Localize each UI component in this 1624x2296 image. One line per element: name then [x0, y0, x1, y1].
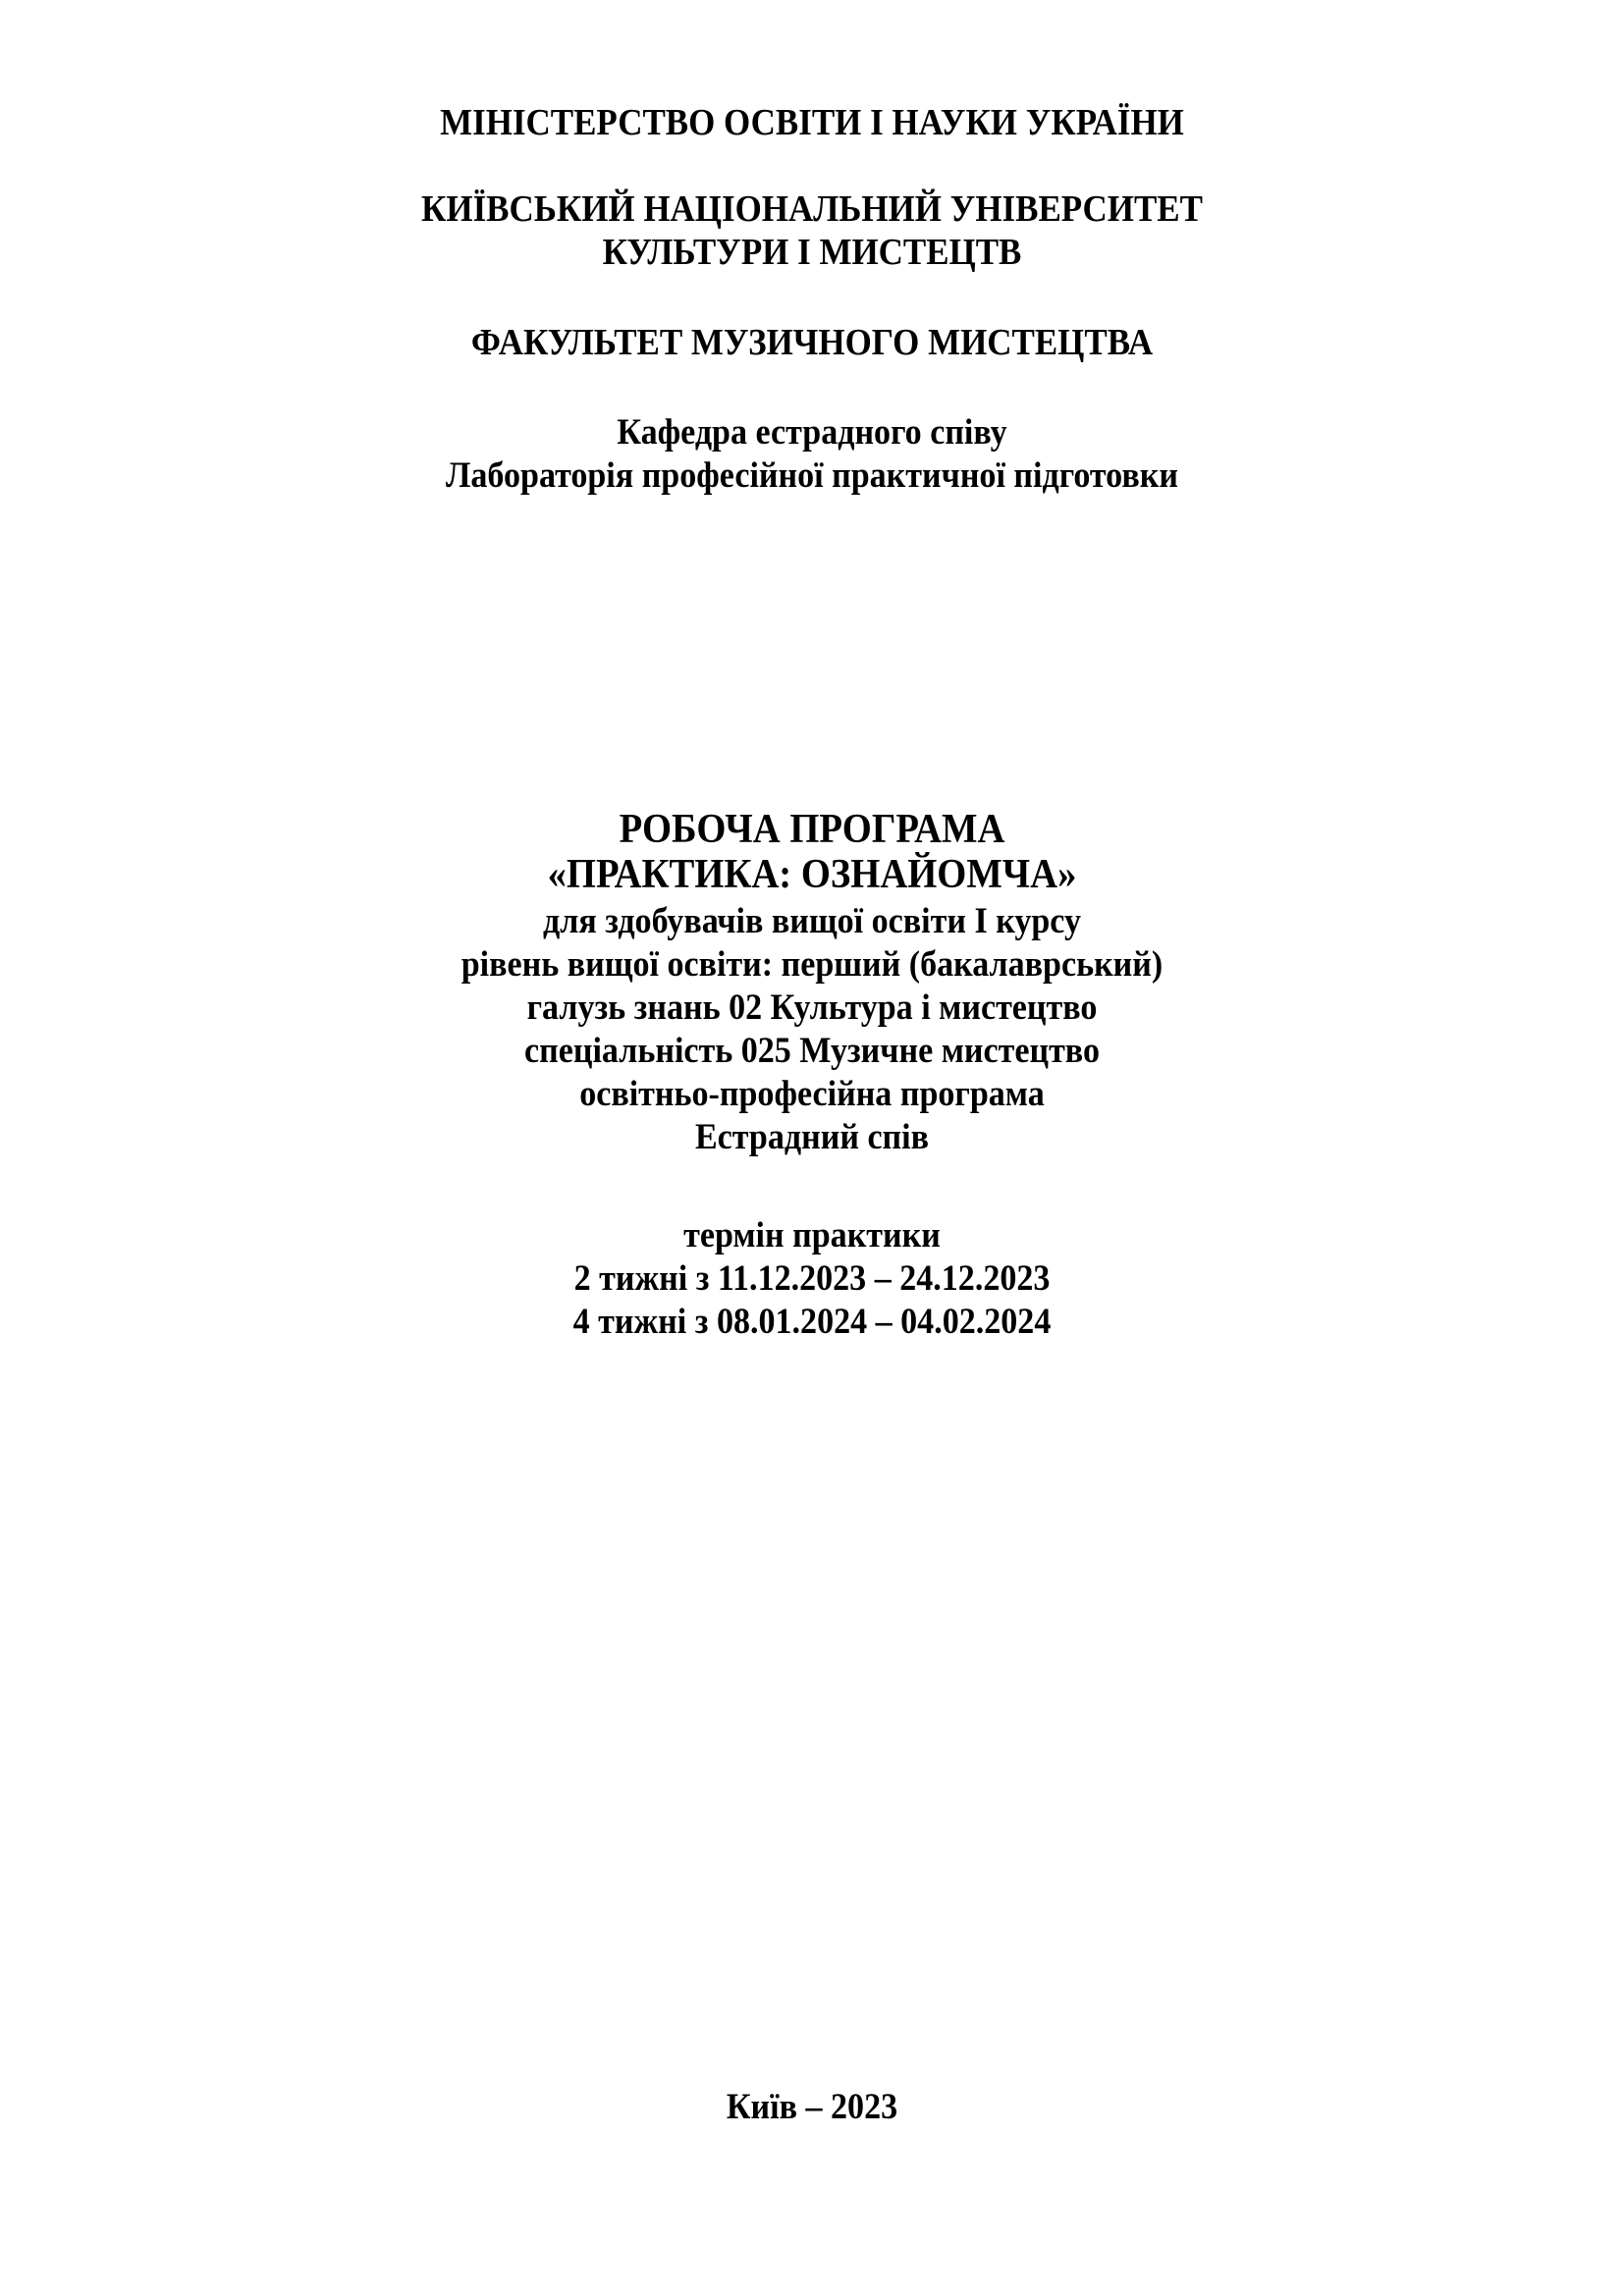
- department-name: Кафедра естрадного співу: [65, 414, 1559, 451]
- university-name-line-1: КИЇВСЬКИЙ НАЦІОНАЛЬНИЙ УНІВЕРСИТЕТ: [65, 190, 1559, 228]
- laboratory-name: Лабораторія професійної практичної підго…: [65, 457, 1559, 494]
- place-and-year: Київ – 2023: [65, 2089, 1559, 2125]
- faculty-name: ФАКУЛЬТЕТ МУЗИЧНОГО МИСТЕЦТВА: [65, 324, 1559, 361]
- university-name-line-2: КУЛЬТУРИ І МИСТЕЦТВ: [65, 234, 1559, 271]
- education-level-line: рівень вищої освіти: перший (бакалаврськ…: [65, 946, 1559, 983]
- term-period-2: 4 тижні з 08.01.2024 – 04.02.2024: [65, 1304, 1559, 1340]
- program-name-line: Естрадний спів: [65, 1119, 1559, 1155]
- field-of-knowledge-line: галузь знань 02 Культура і мистецтво: [65, 989, 1559, 1026]
- program-type-line: освітньо-професійна програма: [65, 1076, 1559, 1112]
- term-label: термін практики: [65, 1217, 1559, 1254]
- audience-line: для здобувачів вищої освіти І курсу: [65, 903, 1559, 939]
- document-subtitle: «ПРАКТИКА: ОЗНАЙОМЧА»: [65, 854, 1559, 895]
- document-title: РОБОЧА ПРОГРАМА: [65, 809, 1559, 850]
- term-period-1: 2 тижні з 11.12.2023 – 24.12.2023: [65, 1260, 1559, 1297]
- specialty-line: спеціальність 025 Музичне мистецтво: [65, 1033, 1559, 1069]
- ministry-name: МІНІСТЕРСТВО ОСВІТИ І НАУКИ УКРАЇНИ: [65, 104, 1559, 141]
